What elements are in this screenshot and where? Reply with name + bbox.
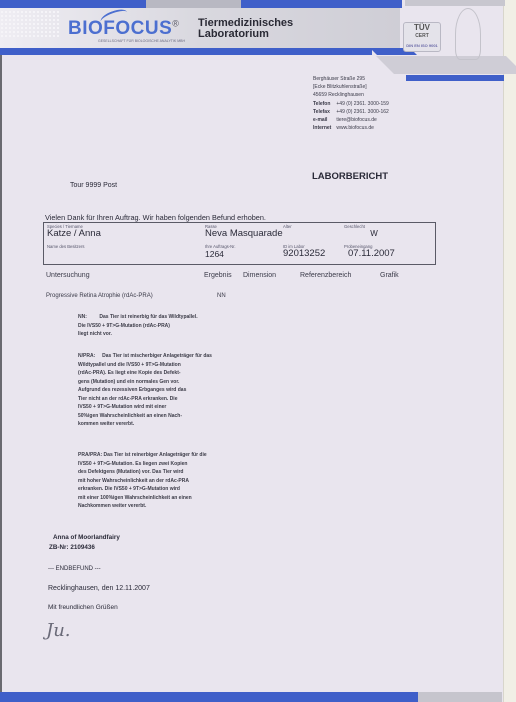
tuv-certification-badge: TÜV CERT DIN EN ISO 9001	[403, 22, 441, 52]
species-field: Species / Tiername Katze / Anna	[47, 224, 101, 239]
header-band-right	[406, 75, 504, 81]
thanks-message: Vielen Dank für Ihren Auftrag. Wir haben…	[45, 213, 266, 222]
lab-id-field: ID im Labor 92013252	[283, 244, 325, 259]
email-link[interactable]: tiere@biofocus.de	[336, 117, 376, 123]
lab-address: Berghäuser Straße 295 [Ecke Blitzkuhlens…	[313, 75, 389, 132]
result-test-name: Progressive Retina Atrophie (rdAc-PRA)	[46, 293, 153, 299]
biofocus-logo: BIOFOCUS®	[68, 18, 179, 40]
signature: Ju.	[46, 620, 71, 641]
footer-band-accent	[418, 692, 502, 702]
tour-info: Tour 9999 Post	[70, 182, 117, 189]
column-header-result: Ergebnis	[204, 272, 232, 279]
logo-subtitle: GESELLSCHAFT FÜR BIOLOGISCHE ANALYTIK MB…	[98, 39, 188, 43]
result-value: NN	[217, 293, 226, 299]
column-header-reference: Referenzbereich	[300, 272, 351, 279]
owner-field: Name des Besitzers	[47, 244, 84, 249]
order-number-field: Ihre Auftrags-Nr. 1264	[205, 244, 236, 259]
place-date: Recklinghausen, den 12.11.2007	[48, 585, 150, 592]
lab-title: Tiermedizinisches Laboratorium	[198, 18, 293, 40]
sex-field: Geschlecht W	[344, 224, 404, 239]
figure-emblem-icon	[455, 8, 481, 60]
explanation-prapra: PRA/PRA: Das Tier ist reinerbiger Anlage…	[78, 451, 207, 511]
age-field: Alter	[283, 224, 292, 229]
column-header-dimension: Dimension	[243, 272, 276, 279]
report-title: LABORBERICHT	[312, 171, 388, 182]
closing-greeting: Mit freundlichen Grüßen	[48, 604, 118, 611]
website-link[interactable]: www.biofocus.de	[336, 125, 374, 131]
breed-field: Rasse Neva Masquarade	[205, 224, 283, 239]
header-band-accent	[146, 0, 241, 8]
footer-band	[0, 692, 418, 702]
animal-identity: Anna of Moorlandfairy ZB-Nr: 2109436	[53, 533, 120, 553]
explanation-nn: NN: Das Tier ist reinerbig für das Wildt…	[78, 313, 198, 339]
header-band-grey-diagonal	[376, 56, 516, 74]
header-band-lower	[0, 48, 372, 55]
header-dot-pattern	[0, 10, 60, 38]
patient-info-box: Species / Tiername Katze / Anna Rasse Ne…	[43, 222, 436, 265]
page-edge-right	[503, 0, 516, 702]
explanation-npra: N/PRA: Das Tier ist mischerbiger Anlaget…	[78, 352, 212, 429]
page-edge	[0, 0, 2, 702]
column-header-test: Untersuchung	[46, 272, 90, 279]
column-header-graphic: Grafik	[380, 272, 399, 279]
header-band-accent	[405, 0, 505, 6]
end-of-report-marker: --- ENDBEFUND ---	[48, 566, 101, 572]
received-date-field: Probeneingang 07.11.2007	[344, 244, 395, 259]
